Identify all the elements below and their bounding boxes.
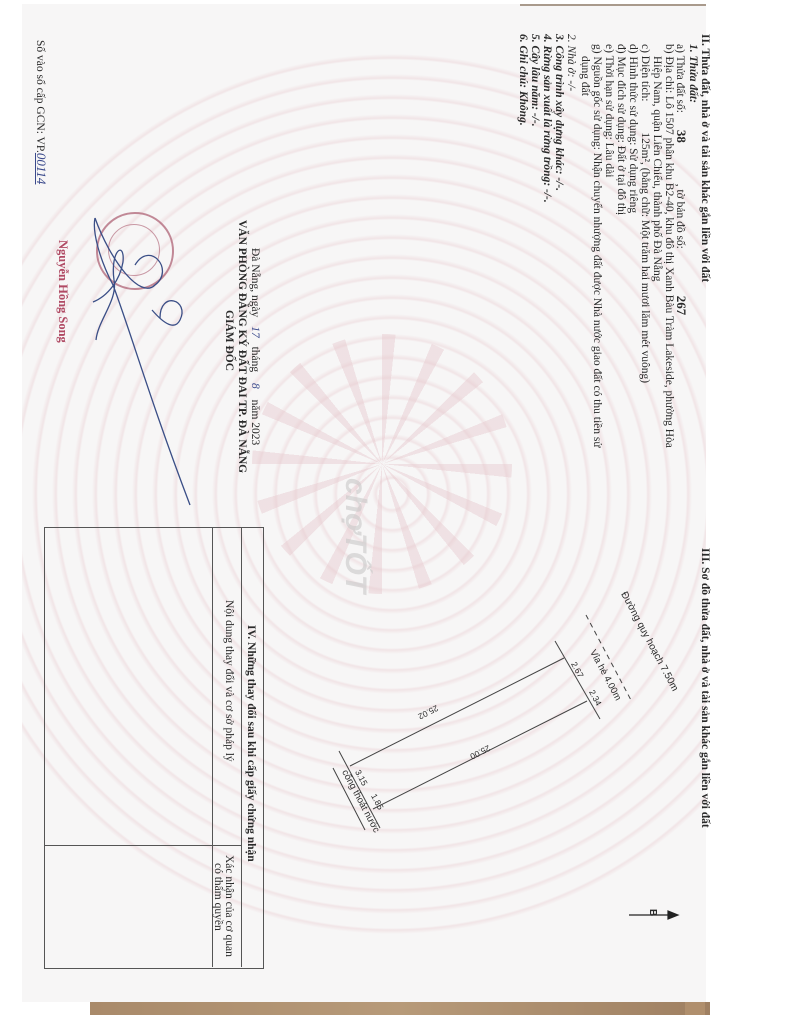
north-label: B (647, 909, 658, 916)
side-boundary-top (350, 658, 564, 766)
table-column-divider (44, 845, 241, 846)
table-header-divider (241, 527, 242, 967)
chotot-watermark: chợTỐT (338, 478, 372, 593)
section-iv-title: IV. Những thay đổi sau khi cấp giấy chứn… (244, 625, 258, 862)
section-iii-title: III. Sơ đồ thửa đất, nhà ở và tài sản kh… (698, 548, 712, 828)
table-col2-header-2: có thẩm quyền (211, 863, 225, 931)
handwritten-signature (93, 218, 190, 505)
table-col1-header: Nội dung thay đổi và cơ sở pháp lý (222, 600, 236, 762)
